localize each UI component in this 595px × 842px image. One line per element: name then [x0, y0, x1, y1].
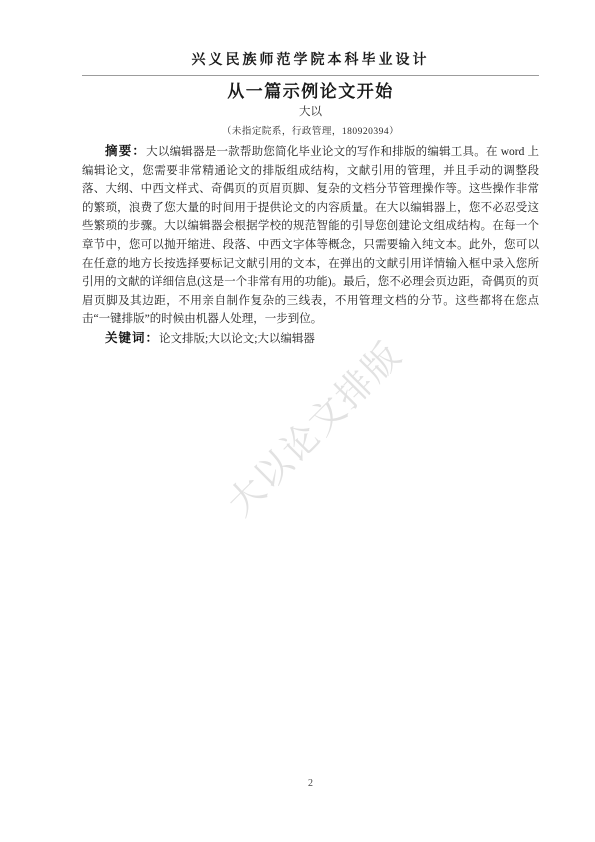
keywords-paragraph: 关键词：论文排版;大以论文;大以编辑器 [82, 329, 539, 349]
keywords-label: 关键词： [105, 331, 159, 345]
page-title: 从一篇示例论文开始 [82, 77, 539, 102]
affiliation-line: （未指定院系，行政管理，180920394） [82, 123, 539, 137]
page-header-text: 兴义民族师范学院本科毕业设计 [82, 49, 539, 69]
keywords-text: 论文排版;大以论文;大以编辑器 [159, 333, 315, 345]
abstract-text: 大以编辑器是一款帮助您简化毕业论文的写作和排版的编辑工具。在 word 上编辑论… [82, 146, 539, 325]
abstract-section: 摘要：大以编辑器是一款帮助您简化毕业论文的写作和排版的编辑工具。在 word 上… [82, 142, 539, 349]
document-page: 兴义民族师范学院本科毕业设计 从一篇示例论文开始 大以 （未指定院系，行政管理，… [0, 0, 595, 842]
page-number: 2 [82, 778, 539, 789]
diagonal-watermark: 大以论文排版 [214, 328, 411, 525]
abstract-paragraph: 摘要：大以编辑器是一款帮助您简化毕业论文的写作和排版的编辑工具。在 word 上… [82, 142, 539, 329]
abstract-label: 摘要： [105, 144, 146, 158]
author-name: 大以 [82, 103, 539, 119]
header-rule [82, 75, 539, 76]
